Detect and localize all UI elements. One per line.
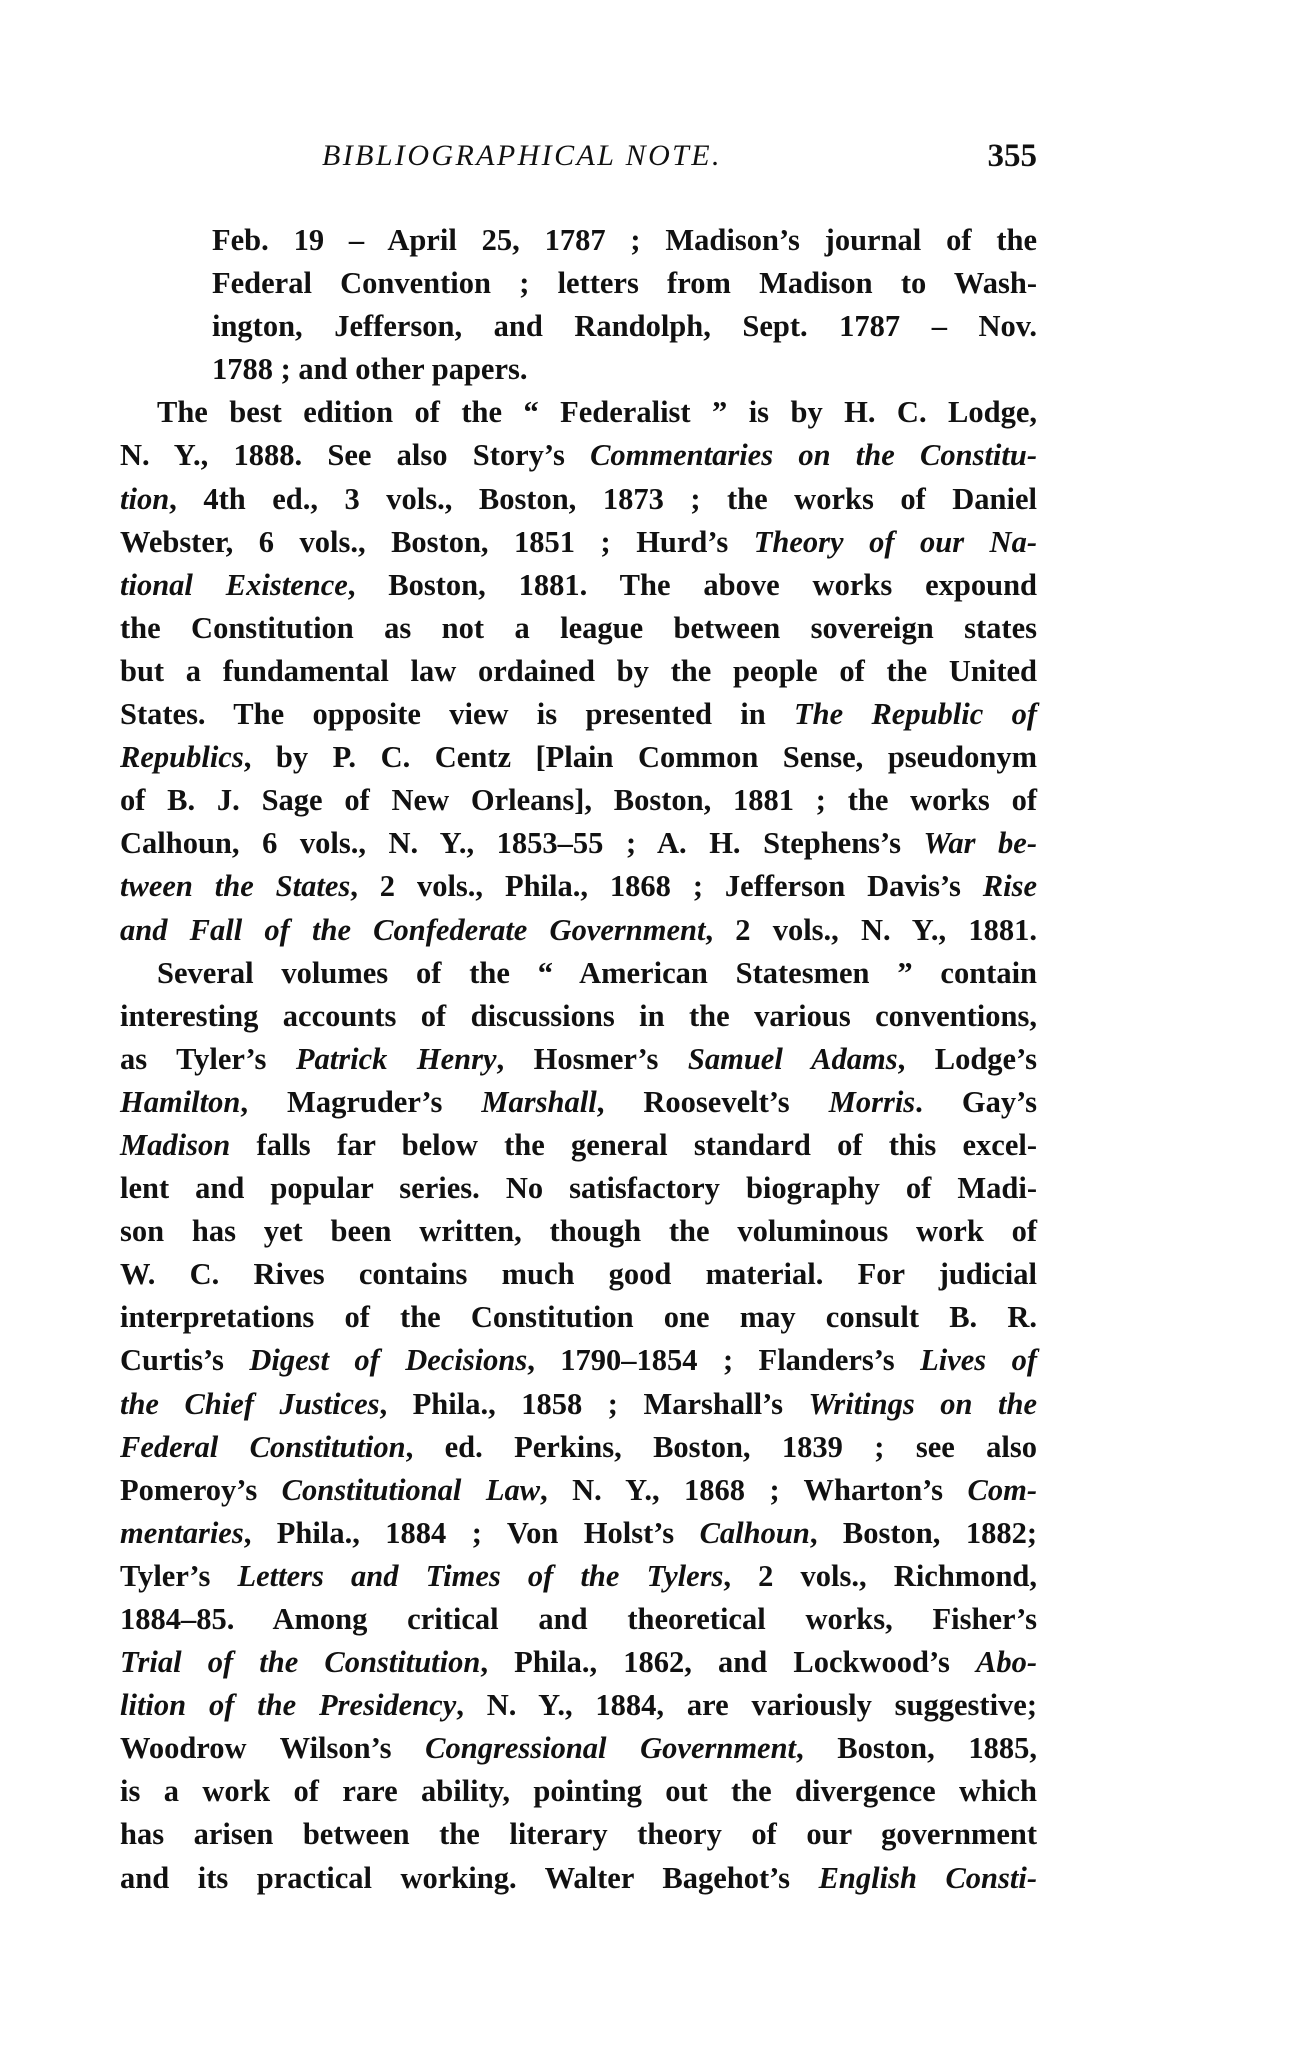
text-run: 1788 ; and other papers.	[212, 352, 527, 386]
italic-title: War be-	[924, 826, 1037, 860]
italic-title: the Chief Justices	[120, 1387, 380, 1421]
text-run: as Tyler’s	[120, 1042, 296, 1076]
text-run: Feb. 19 – April 25, 1787 ; Madison’s jou…	[212, 223, 1037, 257]
text-line: Federal Constitution, ed. Perkins, Bosto…	[120, 1426, 1037, 1469]
italic-title: Commentaries on the Constitu-	[590, 438, 1037, 472]
page-number: 355	[988, 136, 1038, 176]
text-run: , Boston, 1882;	[810, 1516, 1037, 1550]
italic-title: mentaries	[120, 1516, 244, 1550]
text-run: of B. J. Sage of New Orleans], Boston, 1…	[120, 783, 1037, 817]
text-line: tion, 4th ed., 3 vols., Boston, 1873 ; t…	[120, 478, 1037, 521]
italic-title: Samuel Adams	[688, 1042, 898, 1076]
italic-title: Congressional Government	[425, 1731, 796, 1765]
text-line: has arisen between the literary theory o…	[120, 1813, 1037, 1856]
italic-title: Letters and Times of the Tylers	[237, 1559, 723, 1593]
text-run: ington, Jefferson, and Randolph, Sept. 1…	[212, 309, 1037, 343]
italic-title: Federal Constitution	[120, 1430, 406, 1464]
text-line: ington, Jefferson, and Randolph, Sept. 1…	[212, 305, 1037, 348]
text-run: , 2 vols., Richmond,	[723, 1559, 1037, 1593]
italic-title: Trial of the Constitution	[120, 1645, 480, 1679]
text-run: Several volumes of the “ American States…	[157, 956, 1037, 990]
italic-title: Patrick Henry	[296, 1042, 497, 1076]
running-head: BIBLIOGRAPHICAL NOTE. 355	[120, 136, 1037, 176]
running-title: BIBLIOGRAPHICAL NOTE.	[322, 136, 722, 176]
text-line: lent and popular series. No satisfactory…	[120, 1167, 1037, 1210]
text-line: lition of the Presidency, N. Y., 1884, a…	[120, 1684, 1037, 1727]
italic-title: Marshall	[481, 1085, 596, 1119]
text-line: Feb. 19 – April 25, 1787 ; Madison’s jou…	[212, 219, 1037, 262]
text-line: 1884–85. Among critical and theoretical …	[120, 1598, 1037, 1641]
text-run: , Phila., 1862, and Lockwood’s	[480, 1645, 976, 1679]
text-line: interpretations of the Constitution one …	[120, 1296, 1037, 1339]
italic-title: tween the States	[120, 869, 350, 903]
text-line: the Chief Justices, Phila., 1858 ; Marsh…	[120, 1383, 1037, 1426]
italic-title: Writings on the	[809, 1387, 1038, 1421]
text-run: , Magruder’s	[240, 1085, 481, 1119]
text-run: Tyler’s	[120, 1559, 237, 1593]
text-line: interesting accounts of discussions in t…	[120, 995, 1037, 1038]
text-run: , 2 vols., N. Y., 1881.	[705, 913, 1037, 947]
text-run: Federal Convention ; letters from Madiso…	[212, 266, 1037, 300]
text-run: the Constitution as not a league between…	[120, 611, 1037, 645]
text-run: , Boston, 1885,	[796, 1731, 1037, 1765]
text-line: Federal Convention ; letters from Madiso…	[212, 262, 1037, 305]
text-line: tween the States, 2 vols., Phila., 1868 …	[120, 865, 1037, 908]
italic-title: The Republic of	[794, 697, 1037, 731]
text-run: . Gay’s	[915, 1085, 1037, 1119]
text-run: Woodrow Wilson’s	[120, 1731, 425, 1765]
text-line: Trial of the Constitution, Phila., 1862,…	[120, 1641, 1037, 1684]
text-line: W. C. Rives contains much good material.…	[120, 1253, 1037, 1296]
italic-title: and Fall of the Confederate Government	[120, 913, 705, 947]
text-run: Calhoun, 6 vols., N. Y., 1853–55 ; A. H.…	[120, 826, 924, 860]
text-run: , 2 vols., Phila., 1868 ; Jefferson Davi…	[350, 869, 983, 903]
text-run: and its practical working. Walter Bageho…	[120, 1861, 819, 1895]
text-line: Several volumes of the “ American States…	[120, 952, 1037, 995]
text-line: mentaries, Phila., 1884 ; Von Holst’s Ca…	[120, 1512, 1037, 1555]
text-run: , N. Y., 1884, are variously suggestive;	[456, 1688, 1037, 1722]
text-line: N. Y., 1888. See also Story’s Commentari…	[120, 434, 1037, 477]
text-line: but a fundamental law ordained by the pe…	[120, 650, 1037, 693]
text-run: , 1790–1854 ; Flanders’s	[527, 1343, 920, 1377]
text-line: the Constitution as not a league between…	[120, 607, 1037, 650]
text-run: , Boston, 1881. The above works expound	[348, 568, 1037, 602]
text-run: falls far below the general standard of …	[230, 1128, 1037, 1162]
italic-title: Theory of our Na-	[754, 525, 1037, 559]
text-line: The best edition of the “ Federalist ” i…	[120, 391, 1037, 434]
text-line: Hamilton, Magruder’s Marshall, Roosevelt…	[120, 1081, 1037, 1124]
text-run: son has yet been written, though the vol…	[120, 1214, 1037, 1248]
text-run: , 4th ed., 3 vols., Boston, 1873 ; the w…	[169, 482, 1037, 516]
italic-title: Madison	[120, 1128, 230, 1162]
text-line: Webster, 6 vols., Boston, 1851 ; Hurd’s …	[120, 521, 1037, 564]
paragraph-madison-papers-continued: Feb. 19 – April 25, 1787 ; Madison’s jou…	[120, 219, 1037, 391]
italic-title: tional Existence	[120, 568, 348, 602]
text-line: Curtis’s Digest of Decisions, 1790–1854 …	[120, 1339, 1037, 1382]
text-run: interpretations of the Constitution one …	[120, 1300, 1037, 1334]
italic-title: Hamilton	[120, 1085, 240, 1119]
text-run: N. Y., 1888. See also Story’s	[120, 438, 590, 472]
italic-title: Com-	[968, 1473, 1037, 1507]
italic-title: English Consti-	[819, 1861, 1037, 1895]
italic-title: Digest of Decisions	[249, 1343, 527, 1377]
text-run: is a work of rare ability, pointing out …	[120, 1774, 1037, 1808]
text-run: interesting accounts of discussions in t…	[120, 999, 1037, 1033]
text-line: as Tyler’s Patrick Henry, Hosmer’s Samue…	[120, 1038, 1037, 1081]
italic-title: Morris	[829, 1085, 915, 1119]
paragraph-federalist-and-constitution: The best edition of the “ Federalist ” i…	[120, 391, 1037, 951]
text-run: , ed. Perkins, Boston, 1839 ; see also	[406, 1430, 1037, 1464]
text-run: lent and popular series. No satisfactory…	[120, 1171, 1037, 1205]
text-run: W. C. Rives contains much good material.…	[120, 1257, 1037, 1291]
text-run: Pomeroy’s	[120, 1473, 282, 1507]
text-run: has arisen between the literary theory o…	[120, 1817, 1037, 1851]
italic-title: Republics	[120, 740, 244, 774]
italic-title: Constitutional Law	[282, 1473, 540, 1507]
text-run: but a fundamental law ordained by the pe…	[120, 654, 1037, 688]
text-run: 1884–85. Among critical and theoretical …	[120, 1602, 1037, 1636]
text-line: and its practical working. Walter Bageho…	[120, 1857, 1037, 1900]
book-page: BIBLIOGRAPHICAL NOTE. 355 Feb. 19 – Apri…	[0, 0, 1294, 2070]
text-line: States. The opposite view is presented i…	[120, 693, 1037, 736]
text-line: son has yet been written, though the vol…	[120, 1210, 1037, 1253]
body-text: Feb. 19 – April 25, 1787 ; Madison’s jou…	[120, 219, 1037, 1900]
paragraph-american-statesmen: Several volumes of the “ American States…	[120, 952, 1037, 1900]
italic-title: lition of the Presidency	[120, 1688, 456, 1722]
text-line: tional Existence, Boston, 1881. The abov…	[120, 564, 1037, 607]
text-run: Webster, 6 vols., Boston, 1851 ; Hurd’s	[120, 525, 754, 559]
text-line: Madison falls far below the general stan…	[120, 1124, 1037, 1167]
text-line: Tyler’s Letters and Times of the Tylers,…	[120, 1555, 1037, 1598]
text-line: 1788 ; and other papers.	[212, 348, 1037, 391]
italic-title: Lives of	[920, 1343, 1037, 1377]
italic-title: Abo-	[976, 1645, 1037, 1679]
text-run: , N. Y., 1868 ; Wharton’s	[540, 1473, 967, 1507]
text-run: , Lodge’s	[898, 1042, 1037, 1076]
text-run: , Phila., 1858 ; Marshall’s	[380, 1387, 809, 1421]
text-run: States. The opposite view is presented i…	[120, 697, 794, 731]
text-line: Woodrow Wilson’s Congressional Governmen…	[120, 1727, 1037, 1770]
text-line: of B. J. Sage of New Orleans], Boston, 1…	[120, 779, 1037, 822]
italic-title: Calhoun	[700, 1516, 810, 1550]
text-run: , Phila., 1884 ; Von Holst’s	[244, 1516, 700, 1550]
text-line: Republics, by P. C. Centz [Plain Common …	[120, 736, 1037, 779]
text-line: and Fall of the Confederate Government, …	[120, 909, 1037, 952]
text-run: , by P. C. Centz [Plain Common Sense, ps…	[244, 740, 1037, 774]
italic-title: tion	[120, 482, 169, 516]
italic-title: Rise	[983, 869, 1037, 903]
text-line: Calhoun, 6 vols., N. Y., 1853–55 ; A. H.…	[120, 822, 1037, 865]
text-line: Pomeroy’s Constitutional Law, N. Y., 186…	[120, 1469, 1037, 1512]
text-run: The best edition of the “ Federalist ” i…	[157, 395, 1037, 429]
text-line: is a work of rare ability, pointing out …	[120, 1770, 1037, 1813]
text-run: , Roosevelt’s	[597, 1085, 829, 1119]
text-run: , Hosmer’s	[497, 1042, 688, 1076]
text-run: Curtis’s	[120, 1343, 249, 1377]
